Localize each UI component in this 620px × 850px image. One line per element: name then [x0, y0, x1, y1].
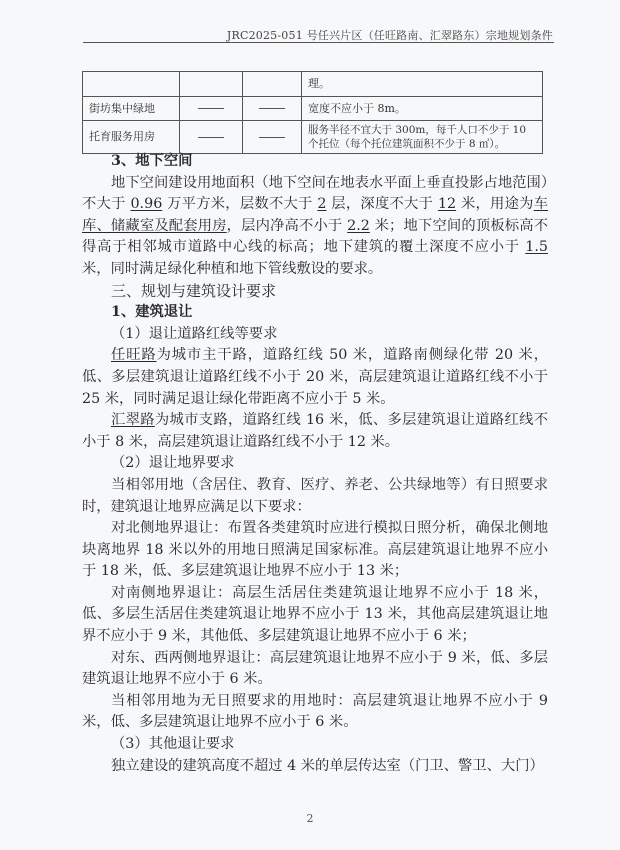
table-cell-name: 街坊集中绿地: [83, 97, 180, 121]
text: ，层内净高不小于: [227, 218, 347, 234]
dash-mark: [259, 108, 285, 109]
paragraph-road1: 任旺路为城市主干路，道路红线 50 米，道路南侧绿化带 20 米，低、多层建筑退…: [82, 345, 548, 410]
value-height: 2.2: [347, 218, 370, 234]
subsection-heading: 1、建筑退让: [82, 302, 548, 324]
table-cell-name: [83, 72, 180, 97]
part-heading: 三、规划与建筑设计要求: [82, 281, 548, 303]
page-number: 2: [0, 812, 620, 825]
value-soil: 1.5: [525, 239, 548, 255]
text: 万平方米，层数不大于: [162, 196, 317, 212]
road-name: 任旺路: [111, 347, 157, 363]
table-cell-col2: [180, 97, 243, 121]
paragraph: 当相邻用地为无日照要求的用地时：高层建筑退让地界不应小于 9 米，低、多层建筑退…: [82, 691, 548, 734]
text: 米，同时满足绿化种植和地下管线敷设的要求。: [82, 261, 382, 277]
paragraph-underground: 地下空间建设用地面积（地下空间在地表水平面上垂直投影占地范围）不大于 0.96 …: [82, 173, 548, 281]
table-cell-col3: [243, 97, 302, 121]
paragraph: 独立建设的建筑高度不超过 4 米的单层传达室（门卫、警卫、大门）: [82, 756, 548, 778]
item-heading: （2）退让地界要求: [82, 453, 548, 475]
paragraph: 对东、西两侧地界退让：高层建筑退让地界不应小于 9 米，低、多层建筑退让地界不应…: [82, 648, 548, 691]
table-cell-note: 理。: [302, 72, 543, 97]
text: 层，深度不大于: [327, 196, 438, 212]
paragraph: 对北侧地界退让：布置各类建筑时应进行模拟日照分析，确保北侧地块离地界 18 米以…: [82, 518, 548, 583]
table-row: 街坊集中绿地 宽度不应小于 8m。: [83, 97, 543, 121]
table-cell-col3: [243, 72, 302, 97]
dash-mark: [259, 137, 285, 138]
document-body: 3、地下空间 地下空间建设用地面积（地下空间在地表水平面上垂直投影占地范围）不大…: [82, 151, 548, 777]
value-floors: 2: [317, 196, 326, 212]
table-row: 理。: [83, 72, 543, 97]
text: 米，用途为: [456, 196, 534, 212]
table-cell-col3: [243, 121, 302, 154]
value-area: 0.96: [130, 196, 162, 212]
table-cell-note: 宽度不应小于 8m。: [302, 97, 543, 121]
table-row: 托育服务用房 服务半径不宜大于 300m，每千人口不少于 10 个托位（每个托位…: [83, 121, 543, 154]
dash-mark: [198, 108, 224, 109]
paragraph: 对南侧地界退让：高层生活居住类建筑退让地界不应小于 18 米，低、多层生活居住类…: [82, 583, 548, 648]
table-cell-col2: [180, 72, 243, 97]
document-page: JRC2025-051 号任兴片区（任旺路南、汇翠路东）宗地规划条件 理。 街坊…: [0, 0, 620, 850]
paragraph: 当相邻用地（含居住、教育、医疗、养老、公共绿地等）有日照要求时，建筑退让地界应满…: [82, 475, 548, 518]
table-cell-col2: [180, 121, 243, 154]
road-name: 汇翠路: [111, 412, 155, 428]
dash-mark: [198, 137, 224, 138]
item-heading: （3）其他退让要求: [82, 734, 548, 756]
table-cell-name: 托育服务用房: [83, 121, 180, 154]
page-header: JRC2025-051 号任兴片区（任旺路南、汇翠路东）宗地规划条件: [83, 27, 553, 43]
value-depth: 12: [438, 196, 456, 212]
paragraph-road2: 汇翠路为城市支路，道路红线 16 米，低、多层建筑退让道路红线不小于 8 米，高…: [82, 410, 548, 453]
table-cell-note: 服务半径不宜大于 300m，每千人口不少于 10 个托位（每个托位建筑面积不少于…: [302, 121, 543, 154]
section-heading: 3、地下空间: [82, 151, 548, 173]
requirements-table: 理。 街坊集中绿地 宽度不应小于 8m。 托育服务用房 服务半径不宜大于 300…: [82, 71, 543, 154]
header-divider: [83, 42, 554, 43]
item-heading: （1）退让道路红线等要求: [82, 324, 548, 346]
